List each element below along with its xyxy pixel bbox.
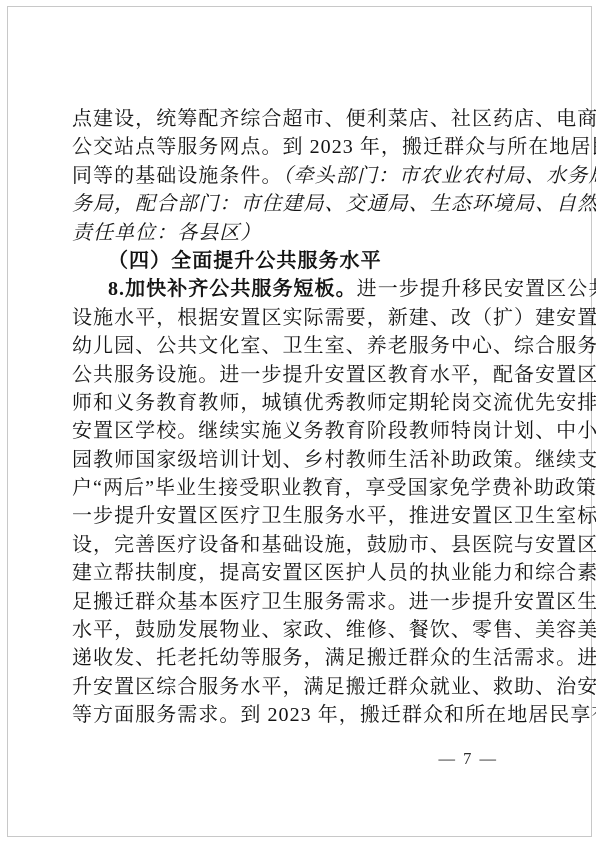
- text-run-body: 幼儿园、公共文化室、卫生室、养老服务中心、综合服务中心等: [72, 335, 596, 357]
- text-run-body: 升安置区综合服务水平，满足搬迁群众就业、救助、治安、社保: [72, 676, 596, 698]
- text-line: 等方面服务需求。到 2023 年，搬迁群众和所在地居民享有同等: [72, 701, 542, 729]
- text-run-body: 同等的基础设施条件。: [72, 165, 283, 187]
- text-run-kai: （牵头部门：市农业农村局、水务局、商: [283, 165, 596, 187]
- text-line: 安置区学校。继续实施义务教育阶段教师特岗计划、中小学幼儿: [72, 417, 542, 445]
- text-line: 园教师国家级培训计划、乡村教师生活补助政策。继续支持脱贫: [72, 446, 542, 474]
- document-body: 点建设，统筹配齐综合超市、便利菜店、社区药店、电商网店、公交站点等服务网点。到 …: [72, 105, 542, 730]
- text-run-body: 安置区学校。继续实施义务教育阶段教师特岗计划、中小学幼儿: [72, 420, 596, 442]
- document-page: 点建设，统筹配齐综合超市、便利菜店、社区药店、电商网店、公交站点等服务网点。到 …: [7, 6, 592, 837]
- text-line: 8.加快补齐公共服务短板。进一步提升移民安置区公共服务: [72, 275, 542, 303]
- text-line: 师和义务教育教师，城镇优秀教师定期轮岗交流优先安排到移民: [72, 389, 542, 417]
- text-run-bold: （四）全面提升公共服务水平: [108, 250, 382, 272]
- text-line: 公共服务设施。进一步提升安置区教育水平，配备安置区幼儿教: [72, 361, 542, 389]
- text-run-body: 师和义务教育教师，城镇优秀教师定期轮岗交流优先安排到移民: [72, 392, 596, 414]
- text-line: 一步提升安置区医疗卫生服务水平，推进安置区卫生室标准化建: [72, 502, 542, 530]
- text-line: 同等的基础设施条件。（牵头部门：市农业农村局、水务局、商: [72, 162, 542, 190]
- text-line: 设，完善医疗设备和基础设施，鼓励市、县医院与安置区卫生院: [72, 531, 542, 559]
- text-run-kai: 责任单位：各县区）: [72, 222, 261, 244]
- text-run-body: 足搬迁群众基本医疗卫生服务需求。进一步提升安置区生活服务: [72, 591, 596, 613]
- text-run-body: 设施水平，根据安置区实际需要，新建、改（扩）建安置区学校、: [72, 307, 596, 329]
- text-line: （四）全面提升公共服务水平: [72, 247, 542, 275]
- text-line: 公交站点等服务网点。到 2023 年，搬迁群众与所在地居民享有: [72, 133, 542, 161]
- text-run-body: 等方面服务需求。到 2023 年，搬迁群众和所在地居民享有同等: [72, 704, 596, 726]
- text-run-body: 户“两后”毕业生接受职业教育，享受国家免学费补助政策。进: [72, 477, 596, 499]
- text-run-body: 一步提升安置区医疗卫生服务水平，推进安置区卫生室标准化建: [72, 505, 596, 527]
- text-run-body: 公共服务设施。进一步提升安置区教育水平，配备安置区幼儿教: [72, 364, 596, 386]
- text-run-body: 水平，鼓励发展物业、家政、维修、餐饮、零售、美容美发、快: [72, 619, 596, 641]
- text-run-body: 公交站点等服务网点。到 2023 年，搬迁群众与所在地居民享有: [72, 136, 596, 158]
- text-run-kai: 务局，配合部门：市住建局、交通局、生态环境局、自然资源局，: [72, 193, 596, 215]
- text-line: 幼儿园、公共文化室、卫生室、养老服务中心、综合服务中心等: [72, 332, 542, 360]
- text-line: 户“两后”毕业生接受职业教育，享受国家免学费补助政策。进: [72, 474, 542, 502]
- text-run-body: 点建设，统筹配齐综合超市、便利菜店、社区药店、电商网店、: [72, 108, 596, 130]
- text-line: 点建设，统筹配齐综合超市、便利菜店、社区药店、电商网店、: [72, 105, 542, 133]
- text-line: 递收发、托老托幼等服务，满足搬迁群众的生活需求。进一步提: [72, 644, 542, 672]
- page-number: — 7 —: [439, 749, 499, 769]
- text-run-body: 进一步提升移民安置区公共服务: [357, 278, 596, 300]
- text-run-body: 递收发、托老托幼等服务，满足搬迁群众的生活需求。进一步提: [72, 647, 596, 669]
- text-line: 责任单位：各县区）: [72, 219, 542, 247]
- text-run-bold: 8.加快补齐公共服务短板。: [108, 278, 357, 300]
- text-line: 务局，配合部门：市住建局、交通局、生态环境局、自然资源局，: [72, 190, 542, 218]
- text-run-body: 园教师国家级培训计划、乡村教师生活补助政策。继续支持脱贫: [72, 449, 596, 471]
- text-line: 设施水平，根据安置区实际需要，新建、改（扩）建安置区学校、: [72, 304, 542, 332]
- text-line: 建立帮扶制度，提高安置区医护人员的执业能力和综合素质，满: [72, 559, 542, 587]
- text-line: 足搬迁群众基本医疗卫生服务需求。进一步提升安置区生活服务: [72, 588, 542, 616]
- text-run-body: 建立帮扶制度，提高安置区医护人员的执业能力和综合素质，满: [72, 562, 596, 584]
- text-line: 水平，鼓励发展物业、家政、维修、餐饮、零售、美容美发、快: [72, 616, 542, 644]
- text-line: 升安置区综合服务水平，满足搬迁群众就业、救助、治安、社保: [72, 673, 542, 701]
- text-run-body: 设，完善医疗设备和基础设施，鼓励市、县医院与安置区卫生院: [72, 534, 596, 556]
